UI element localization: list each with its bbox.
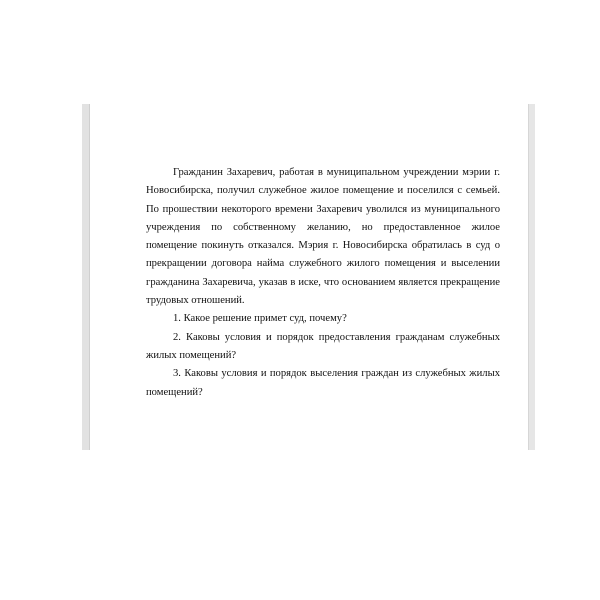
question-2: 2. Каковы условия и порядок предоставлен… (146, 329, 500, 366)
page-left-edge (82, 104, 90, 450)
question-1: 1. Какое решение примет суд, почему? (146, 310, 500, 328)
question-3: 3. Каковы условия и порядок выселения гр… (146, 365, 500, 402)
page-right-edge (528, 104, 535, 450)
document-page: Гражданин Захаревич, работая в муниципал… (90, 104, 528, 450)
document-body: Гражданин Захаревич, работая в муниципал… (146, 164, 500, 402)
case-description-paragraph: Гражданин Захаревич, работая в муниципал… (146, 164, 500, 310)
